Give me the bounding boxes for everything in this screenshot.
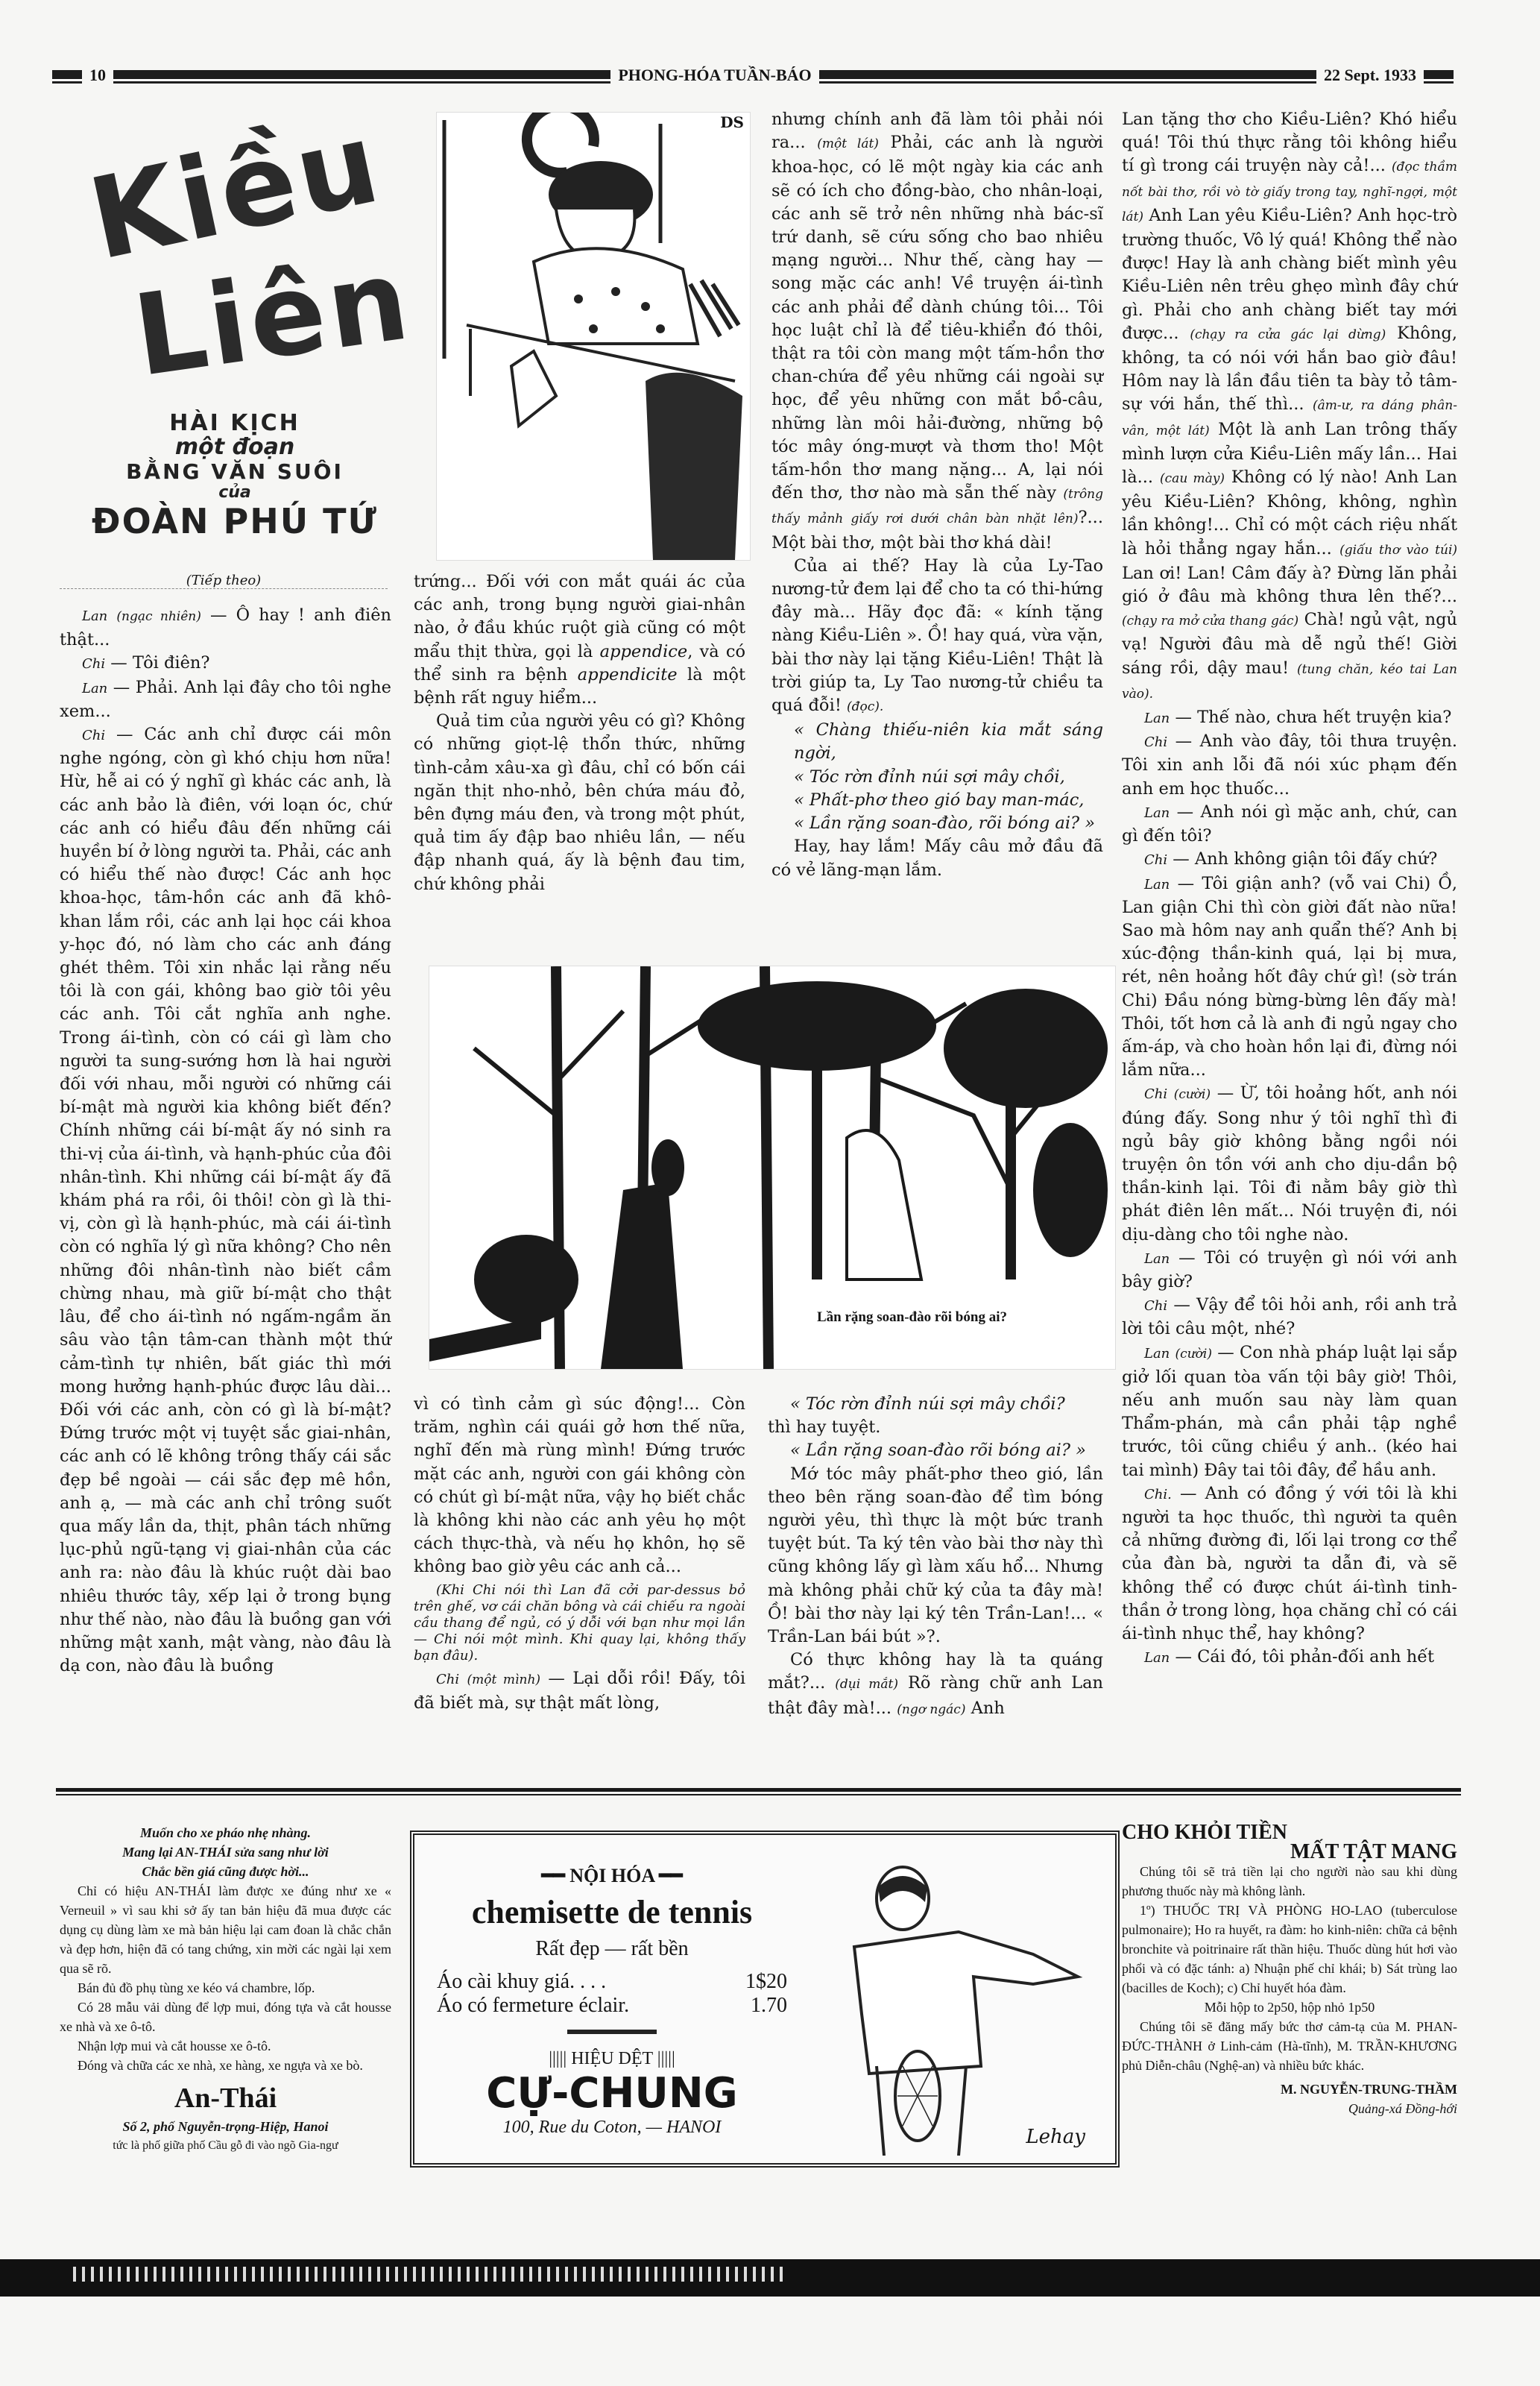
dialogue-line: Chi (cười) — Ừ, tôi hoảng hốt, anh nói đ… [1122, 1082, 1457, 1246]
stage-direction: (ngạc nhiên) [116, 609, 201, 624]
poem-line: « Phất-phơ theo gió bay man-mác, [794, 789, 1103, 812]
dialogue-text: — Thế nào, chưa hết truyện kia? [1175, 708, 1451, 727]
dialogue-line: Chi — Vậy để tôi hỏi anh, rồi anh trả lờ… [1122, 1294, 1457, 1341]
stage-direction: (một lát) [817, 136, 879, 151]
poem-line: « Tóc rờn đỉnh núi sợi mây chồi? [790, 1393, 1103, 1416]
medicine-advertisement: CHO KHỎI TIỀN MẤT TẬT MANG Chúng tôi sẽ … [1122, 1823, 1457, 2118]
ad-brand-name: An-Thái [60, 2088, 391, 2108]
dialogue-text: — Anh nói gì mặc anh, chứ, can gì đến tô… [1122, 802, 1457, 846]
poem-line: « Lần rặng soan-đào rõi bóng ai? » [790, 1439, 1103, 1462]
price-value: 1.70 [751, 1994, 787, 2018]
dialogue-line: Lan — Tôi giận anh? (vỗ vai Chi) Ồ, Lan … [1122, 872, 1457, 1083]
body-paragraph: trứng... Đối với con mắt quái ác của các… [414, 570, 745, 710]
continued-label: (Tiếp theo) [60, 573, 388, 589]
ad-shop-type: ||||| HIỆU DỆT ||||| [437, 2049, 787, 2069]
title-block: Kiều Liên HÀI KỊCH một đoạn BẰNG VĂN SUÔ… [60, 112, 410, 544]
ad-price-row: Áo có fermeture éclair.1.70 [437, 1994, 787, 2018]
dialogue-line: Chi — Tôi điên? [60, 652, 391, 676]
subtitle-mot-doan: một đoạn [60, 434, 410, 460]
dialogue-text: — Lại dỗi rồi! Đấy, tôi đã biết mà, sự t… [414, 1669, 745, 1713]
dialogue-line: Lan — Cái đó, tôi phản-đối anh hết [1122, 1646, 1457, 1669]
section-divider [56, 1788, 1461, 1792]
ad-signer: M. NGUYỄN-TRUNG-THẦM [1122, 2080, 1457, 2099]
dialogue-line: Lan — Tôi có truyện gì nói với anh bây g… [1122, 1247, 1457, 1294]
speaker-label: Lan [1144, 1650, 1170, 1666]
shop-type-text: HIỆU DỆT [571, 2049, 653, 2068]
speaker-label: Chi [1144, 734, 1167, 750]
ad-verse-line: Chắc bền giá cũng được hời... [60, 1862, 391, 1881]
poem-line: « Chàng thiếu-niên kia mắt sáng ngời, [794, 719, 1103, 765]
cu-chung-advertisement: ━━ NỘI HÓA ━━ chemisette de tennis Rất đ… [410, 1831, 1120, 2168]
dialogue-line: Lan (cười) — Con nhà pháp luật lại sắp g… [1122, 1341, 1457, 1482]
dialogue-line: Lan (ngạc nhiên) — Ô hay ! anh điên thật… [60, 604, 391, 652]
stage-direction: (một mình) [467, 1672, 541, 1687]
ad-location: Quảng-xá Đồng-hới [1122, 2099, 1457, 2118]
header-rule [819, 70, 1316, 81]
stage-direction: (cau mày) [1160, 471, 1225, 486]
ad-body: Chỉ có hiệu AN-THÁI làm được xe đúng như… [60, 1881, 391, 1978]
column-2-bottom: vì có tình cảm gì súc động!... Còn trăm,… [414, 1393, 745, 1715]
header-rule [113, 70, 610, 81]
body-paragraph: Hay, hay lắm! Mấy câu mở đầu đã có vẻ lã… [771, 835, 1103, 881]
speaker-label: Lan [1144, 1346, 1170, 1362]
dialogue-text: — Phải. Anh lại đây cho tôi nghe xem... [60, 678, 391, 721]
forest-illustration: Lần rặng soan-đào rõi bóng ai? [429, 966, 1116, 1370]
dialogue-line: Chi — Anh không giận tôi đấy chứ? [1122, 848, 1457, 872]
ad-slogan: Rất đẹp — rất bền [437, 1937, 787, 1961]
stage-direction: (ngơ ngác) [897, 1702, 965, 1717]
column-3-top: nhưng chính anh đã làm tôi phải nói ra..… [771, 108, 1103, 882]
column-3-bottom: « Tóc rờn đỉnh núi sợi mây chồi? thì hay… [768, 1393, 1103, 1722]
speaker-label: Chi [436, 1672, 459, 1687]
body-text: Anh [971, 1699, 1005, 1718]
ad-body: Có 28 mẫu vải dùng để lợp mui, đóng tựa … [60, 1998, 391, 2036]
stage-direction-block: (Khi Chi nói thì Lan đã cởi par-dessus b… [414, 1582, 745, 1664]
stage-direction: (chạy ra mở cửa thang gác) [1122, 614, 1298, 629]
dialogue-text: — Tôi có truyện gì nói với anh bây giờ? [1122, 1248, 1457, 1291]
dialogue-text: — Cái đó, tôi phản-đối anh hết [1175, 1647, 1434, 1666]
illustrator-mark: DS [720, 116, 744, 129]
ad-shop-address: 100, Rue du Coton, — HANOI [437, 2118, 787, 2138]
speaker-label: Chi. [1144, 1487, 1172, 1502]
price-label: Áo có fermeture éclair. [437, 1994, 629, 2018]
body-paragraph: Mớ tóc mây phất-phơ theo gió, lần theo b… [768, 1463, 1103, 1649]
dialogue-text: — Vậy để tôi hỏi anh, rồi anh trả lời tô… [1122, 1295, 1457, 1338]
dialogue-text: — Ừ, tôi hoảng hốt, anh nói đúng đấy. So… [1122, 1083, 1457, 1244]
dialogue-line: Lan — Anh nói gì mặc anh, chứ, can gì đế… [1122, 801, 1457, 848]
body-paragraph: Có thực không hay là ta quáng mắt?... (d… [768, 1649, 1103, 1722]
woman-illustration-icon [437, 113, 750, 560]
dialogue-text: — Anh không giận tôi đấy chứ? [1173, 849, 1437, 869]
poem-line: « Tóc rờn đỉnh núi sợi mây chồi, [794, 766, 1103, 789]
ad-body: 1º) THUỐC TRỊ VÀ PHÒNG HO-LAO (tuberculo… [1122, 1901, 1457, 1998]
speaker-label: Chi [1144, 1086, 1167, 1102]
page-number: 10 [89, 66, 106, 85]
speaker-label: Lan [1144, 805, 1170, 821]
body-text: thì hay tuyệt. [768, 1416, 1103, 1439]
body-paragraph: nhưng chính anh đã làm tôi phải nói ra..… [771, 108, 1103, 555]
speaker-label: Lan [1144, 711, 1170, 726]
dialogue-line: Lan — Thế nào, chưa hết truyện kia? [1122, 706, 1457, 730]
ad-price: Mỗi hộp to 2p50, hộp nhỏ 1p50 [1122, 1998, 1457, 2017]
price-value: 1$20 [745, 1970, 787, 1994]
dialogue-text: — Anh có đồng ý với tôi là khi người ta … [1122, 1484, 1457, 1643]
speaker-label: Lan [1144, 1251, 1170, 1267]
dialogue-text: — Tôi giận anh? (vỗ vai Chi) Ồ, Lan giận… [1122, 874, 1457, 1080]
price-label: Áo cài khuy giá. . . . [437, 1970, 606, 1994]
illustration-caption: Lần rặng soan-đào rõi bóng ai? [817, 1309, 1100, 1326]
ad-address: Số 2, phố Nguyễn-trọng-Hiệp, Hanoi [60, 2117, 391, 2136]
ad-address-detail: tức là phố giữa phố Cầu gỗ đi vào ngõ Gi… [60, 2136, 391, 2156]
body-paragraph: Của ai thế? Hay là của Ly-Tao nương-tử đ… [771, 555, 1103, 719]
ad-rule [567, 2030, 657, 2034]
stage-direction: (chạy ra cửa gác lại dừng) [1190, 327, 1386, 342]
dialogue-text: — Anh vào đây, tôi thưa truyện. Tôi xin … [1122, 731, 1457, 798]
stage-direction: (dụi mắt) [835, 1677, 898, 1692]
body-text: Của ai thế? Hay là của Ly-Tao nương-tử đ… [771, 556, 1103, 715]
dialogue-text: — Các anh chỉ được cái môn nghe ngóng, c… [60, 725, 391, 1675]
forest-scene-icon [429, 966, 1115, 1369]
ad-body: Đóng và chữa các xe nhà, xe hàng, xe ngự… [60, 2056, 391, 2075]
dialogue-text: — Con nhà pháp luật lại sắp giở lối quan… [1122, 1343, 1457, 1480]
ad-headline: MẤT TẬT MANG [1122, 1842, 1457, 1862]
publication-name: PHONG-HÓA TUẦN-BÁO [618, 66, 811, 85]
body-text: Phải, các anh là người khoa-học, có lẽ m… [771, 133, 1103, 503]
ad-price-row: Áo cài khuy giá. . . .1$20 [437, 1970, 787, 1994]
header-rule-left [52, 70, 82, 81]
decorative-border [67, 2267, 783, 2282]
ad-text-block: ━━ NỘI HÓA ━━ chemisette de tennis Rất đ… [437, 1865, 787, 2138]
body-paragraph: Quả tim của người yêu có gì? Không có nh… [414, 710, 745, 896]
tennis-player-icon [810, 1865, 1093, 2156]
speaker-label: Chi [82, 728, 105, 743]
dialogue-line: Lan — Phải. Anh lại đây cho tôi nghe xem… [60, 676, 391, 723]
ad-verse-line: Mang lại AN-THÁI sửa sang như lời [60, 1842, 391, 1862]
dialogue-line: Chi — Các anh chỉ được cái môn nghe ngón… [60, 723, 391, 1678]
body-paragraph: Lan tặng thơ cho Kiều-Liên? Khó hiểu quá… [1122, 108, 1457, 706]
stage-direction: (cười) [1175, 1347, 1212, 1362]
header-rule-right [1424, 70, 1454, 81]
artist-signature: Lehay [1026, 2126, 1085, 2148]
dialogue-line: Chi. — Anh có đồng ý với tôi là khi ngườ… [1122, 1482, 1457, 1646]
speaker-label: Lan [1144, 877, 1170, 893]
stage-direction: (đọc). [847, 699, 883, 714]
ad-body: Nhận lợp mui và cắt housse xe ô-tô. [60, 2036, 391, 2056]
poem-line: « Lần rặng soan-đào, rõi bóng ai? » [794, 812, 1103, 835]
ad-tag: ━━ NỘI HÓA ━━ [437, 1865, 787, 1887]
speaker-label: Lan [82, 681, 107, 696]
body-paragraph: vì có tình cảm gì súc động!... Còn trăm,… [414, 1393, 745, 1579]
french-term: appendicite [578, 665, 678, 684]
speaker-label: Chi [1144, 852, 1167, 868]
stage-direction: (giấu thơ vào túi) [1339, 543, 1457, 558]
ad-product: chemisette de tennis [437, 1893, 787, 1931]
ad-body: Bán đủ đồ phụ tùng xe kéo vá chambre, lố… [60, 1978, 391, 1998]
speaker-label: Chi [1144, 1298, 1167, 1314]
issue-date: 22 Sept. 1933 [1324, 66, 1416, 85]
ad-shop-name: CỰ-CHUNG [437, 2069, 787, 2118]
ad-tag-text: NỘI HÓA [569, 1865, 654, 1886]
page-header: 10 PHONG-HÓA TUẦN-BÁO 22 Sept. 1933 [52, 66, 1454, 85]
subtitle-cua: của [60, 483, 410, 502]
column-1: Lan (ngạc nhiên) — Ô hay ! anh điên thật… [60, 604, 391, 1678]
column-4: Lan tặng thơ cho Kiều-Liên? Khó hiểu quá… [1122, 108, 1457, 1669]
speaker-label: Lan [82, 608, 107, 624]
stage-direction: (cười) [1174, 1087, 1211, 1102]
dialogue-line: Chi — Anh vào đây, tôi thưa truyện. Tôi … [1122, 730, 1457, 801]
subtitle-hai-kich: HÀI KỊCH [60, 410, 410, 436]
woman-at-table-illustration: DS [436, 112, 751, 561]
column-2-top: trứng... Đối với con mắt quái ác của các… [414, 570, 745, 896]
section-divider [56, 1794, 1461, 1795]
dialogue-text: — Ô hay ! anh điên thật... [60, 605, 391, 649]
body-text: Anh Lan yêu Kiều-Liên? Anh học-trò trườn… [1122, 206, 1457, 343]
an-thai-advertisement: Muốn cho xe pháo nhẹ nhàng. Mang lại AN-… [60, 1823, 391, 2156]
ad-body: Chúng tôi sẽ đăng mấy bức thơ cảm-tạ của… [1122, 2017, 1457, 2075]
speaker-label: Chi [82, 656, 105, 672]
french-term: appendice [600, 642, 688, 661]
ad-verse-line: Muốn cho xe pháo nhẹ nhàng. [60, 1823, 391, 1842]
ad-body: Chúng tôi sẽ trả tiền lại cho người nào … [1122, 1862, 1457, 1901]
dialogue-text: — Tôi điên? [110, 653, 209, 673]
body-text: Lan ơi! Lan! Câm đấy à? Đừng lăn phải gi… [1122, 564, 1457, 606]
subtitle-bang-van-suoi: BẰNG VĂN SUÔI [60, 459, 410, 484]
author-name: ĐOÀN PHÚ TỨ [60, 501, 410, 541]
dialogue-line: Chi (một mình) — Lại dỗi rồi! Đấy, tôi đ… [414, 1667, 745, 1715]
